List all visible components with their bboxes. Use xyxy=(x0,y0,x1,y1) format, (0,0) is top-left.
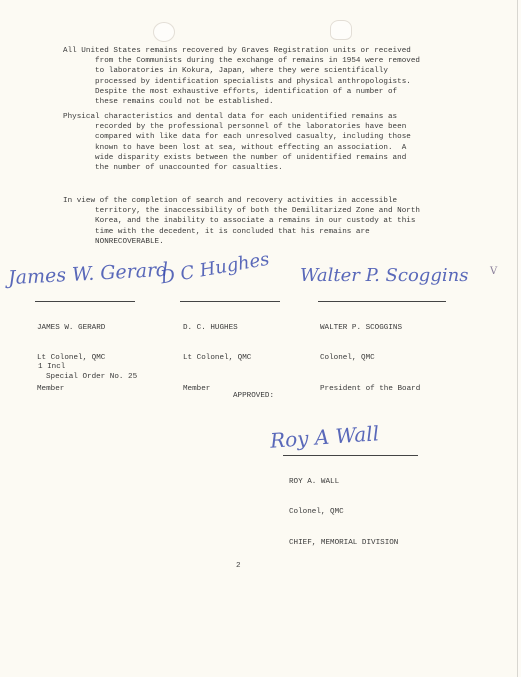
signatory-role: Member xyxy=(37,384,105,394)
document-page: All United States remains recovered by G… xyxy=(0,0,518,677)
signatory-block-scoggins: WALTER P. SCOGGINS Colonel, QMC Presiden… xyxy=(320,302,420,415)
punch-hole xyxy=(153,22,175,42)
signature-gerard: James W. Gerard xyxy=(8,259,169,289)
margin-check-mark: V xyxy=(490,266,497,277)
punch-hole xyxy=(330,20,352,40)
paragraph-conclusion: In view of the completion of search and … xyxy=(63,196,483,247)
signatory-role: President of the Board xyxy=(320,384,420,394)
signatory-name: WALTER P. SCOGGINS xyxy=(320,323,420,333)
signatory-name: D. C. HUGHES xyxy=(183,323,251,333)
paragraph-physical-characteristics: Physical characteristics and dental data… xyxy=(63,112,483,173)
approved-label: APPROVED: xyxy=(233,391,274,401)
enclosure-count: 1 Incl xyxy=(38,362,65,372)
signatory-name: JAMES W. GERARD xyxy=(37,323,105,333)
approver-block: ROY A. WALL Colonel, QMC CHIEF, MEMORIAL… xyxy=(289,456,398,569)
signatory-block-gerard: JAMES W. GERARD Lt Colonel, QMC Member xyxy=(37,302,105,415)
signature-hughes: D C Hughes xyxy=(159,249,271,289)
signatory-rank: Lt Colonel, QMC xyxy=(183,353,251,363)
approver-name: ROY A. WALL xyxy=(289,477,398,487)
page-number: 2 xyxy=(236,561,241,571)
paragraph-remains-processing: All United States remains recovered by G… xyxy=(63,46,483,107)
approver-title: CHIEF, MEMORIAL DIVISION xyxy=(289,538,398,548)
approver-rank: Colonel, QMC xyxy=(289,507,398,517)
signature-wall: Roy A Wall xyxy=(269,421,380,453)
signature-scoggins: Walter P. Scoggins xyxy=(300,265,468,286)
signatory-rank: Colonel, QMC xyxy=(320,353,420,363)
enclosure-item: Special Order No. 25 xyxy=(46,372,137,382)
